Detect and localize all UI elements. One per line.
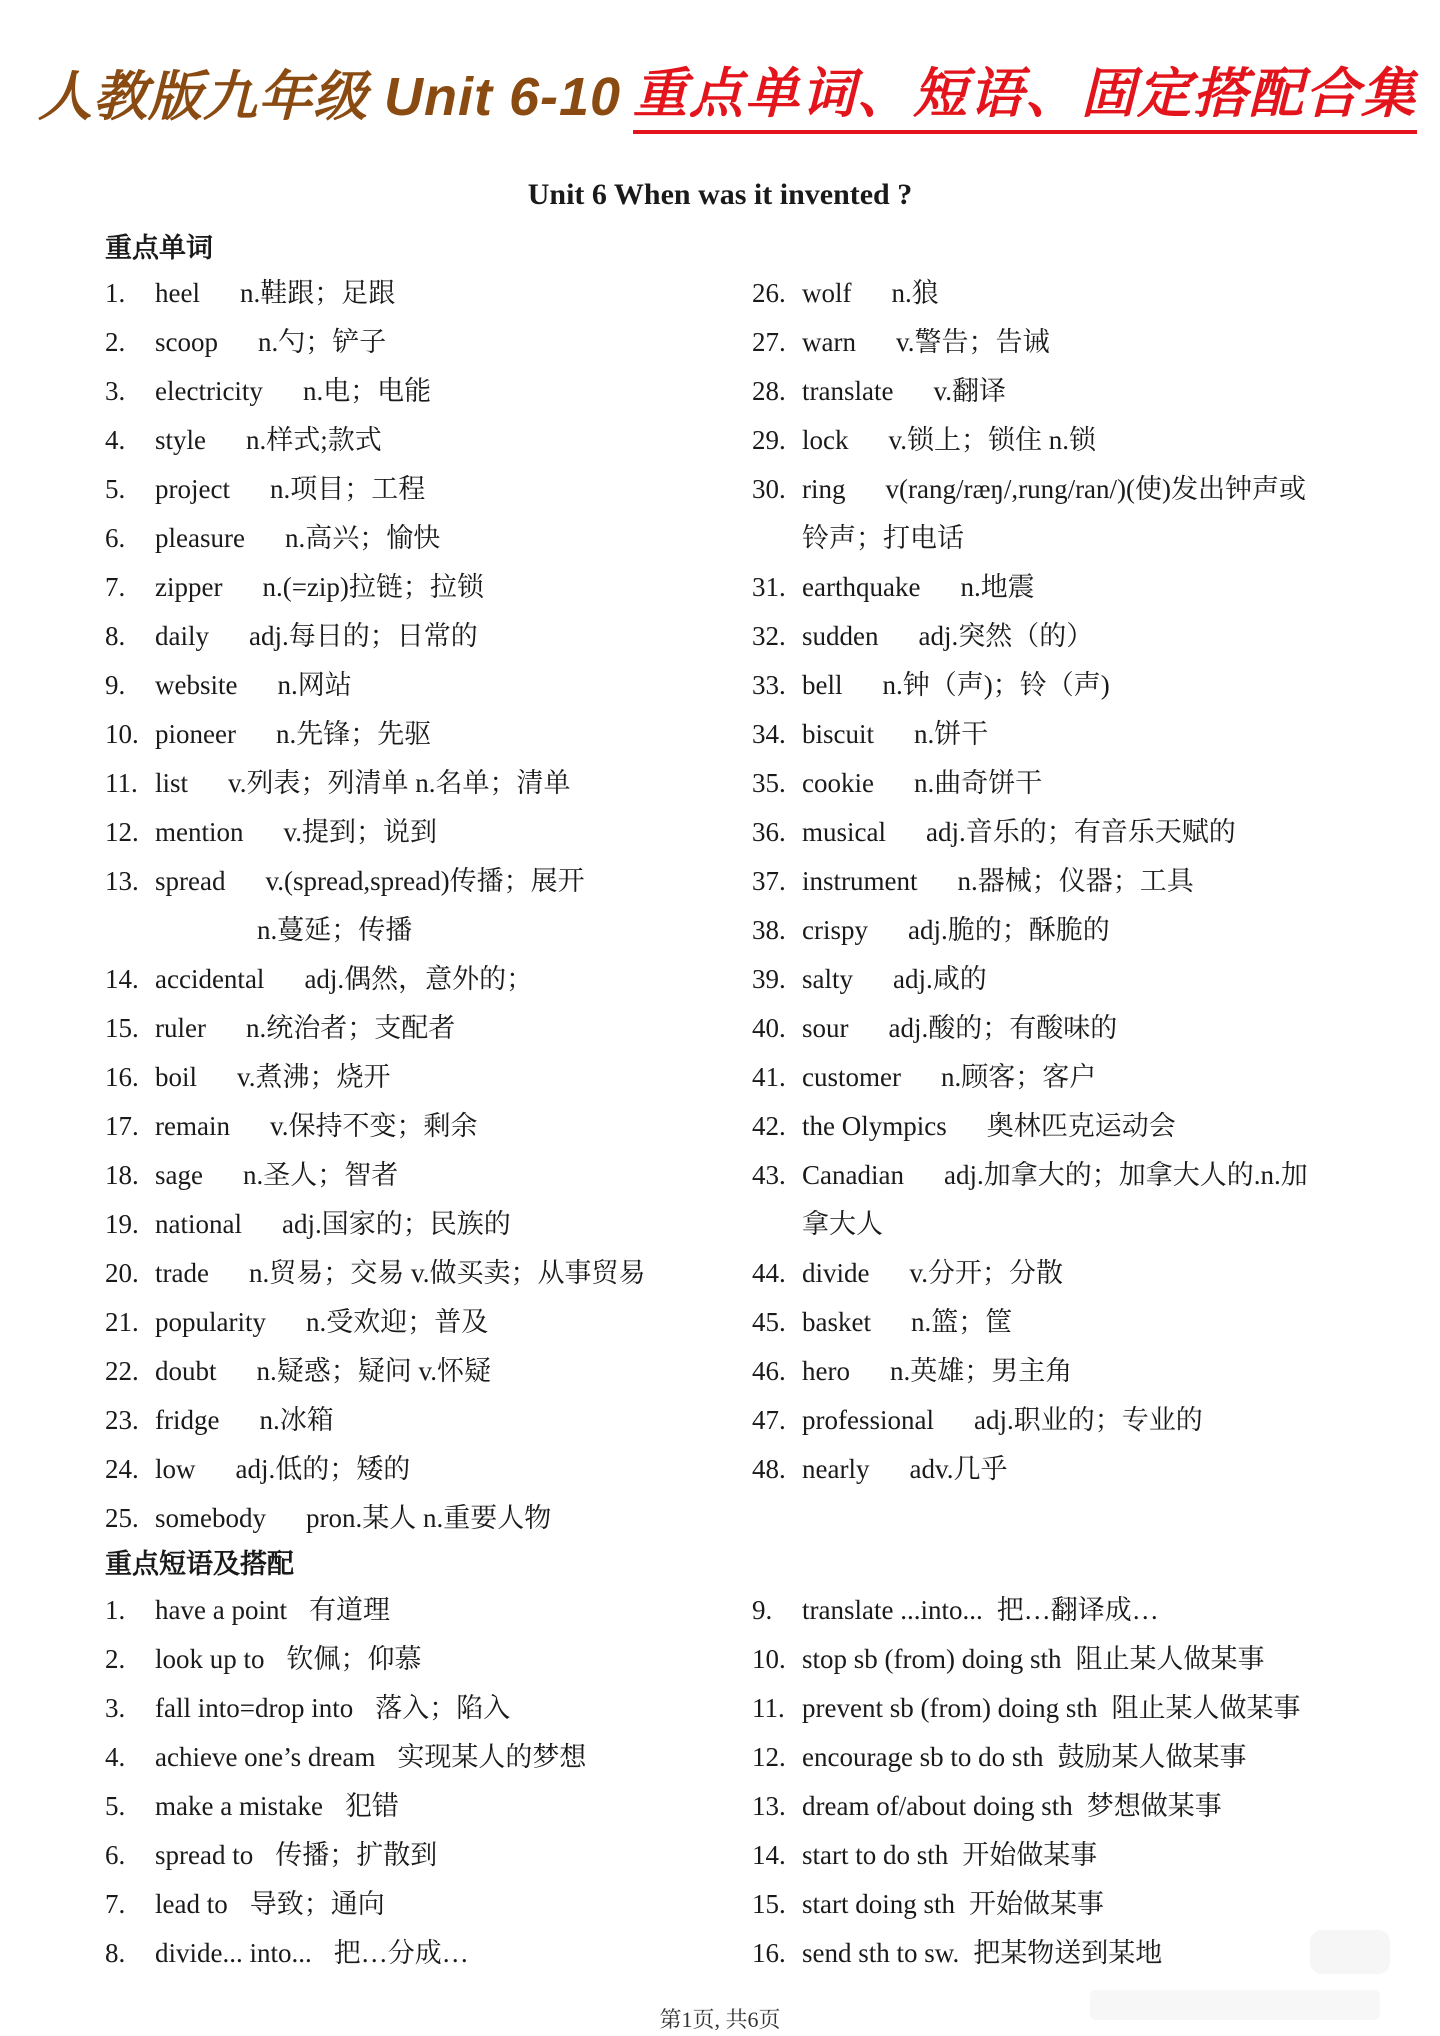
item-meaning: adj.国家的；民族的 [282,1209,511,1239]
item-number: 7. [105,1884,155,1924]
list-item: 26.wolfn.狼 [752,273,939,313]
list-item: 9.websiten.网站 [105,665,352,705]
item-word: lock [802,425,849,455]
list-item: 8.dailyadj.每日的；日常的 [105,616,478,656]
item-number: 18. [105,1155,155,1195]
item-meaning: 把某物送到某地 [973,1938,1162,1968]
item-word: musical [802,817,886,847]
item-number: 48. [752,1449,802,1489]
item-word: divide [802,1258,870,1288]
list-item: 5.make a mistake犯错 [105,1786,399,1826]
item-meaning: n.英雄；男主角 [890,1356,1072,1386]
item-number: 29. [752,420,802,460]
item-word: list [155,768,188,798]
item-word: daily [155,621,209,651]
list-item: 47.professionaladj.职业的；专业的 [752,1400,1203,1440]
item-meaning: adj.脆的；酥脆的 [908,915,1110,945]
item-meaning: 落入；陷入 [375,1693,510,1723]
item-word: electricity [155,376,263,406]
item-number: 26. [752,273,802,313]
words-heading: 重点单词 [105,226,213,265]
list-item: 20.traden.贸易；交易 v.做买卖；从事贸易 [105,1253,645,1293]
item-number: 7. [105,567,155,607]
item-phrase: start doing sth [802,1889,955,1919]
item-phrase: dream of/about doing sth [802,1791,1073,1821]
list-item: 19.nationaladj.国家的；民族的 [105,1204,511,1244]
item-word: mention [155,817,244,847]
list-item: 4.stylen.样式;款式 [105,420,382,460]
item-number: 13. [105,861,155,901]
list-item: 3.electricityn.电；电能 [105,371,431,411]
item-word: basket [802,1307,871,1337]
item-meaning: v(rang/ræŋ/,rung/ran/)(使)发出钟声或 [886,474,1307,504]
item-number: 16. [752,1933,802,1973]
item-number: 15. [752,1884,802,1924]
item-meaning: n.器械；仪器；工具 [958,866,1194,896]
list-item: 2.look up to钦佩；仰慕 [105,1639,422,1679]
item-meaning: 鼓励某人做某事 [1057,1742,1246,1772]
item-number: 32. [752,616,802,656]
item-meaning: n.(=zip)拉链；拉锁 [262,572,483,602]
item-word: website [155,670,237,700]
item-meaning: 把…分成… [334,1938,469,1968]
item-phrase: prevent sb (from) doing sth [802,1693,1097,1723]
item-number: 35. [752,763,802,803]
item-word: earthquake [802,572,920,602]
item-meaning: v.分开；分散 [910,1258,1064,1288]
list-item: 24.lowadj.低的；矮的 [105,1449,410,1489]
item-meaning: n.先锋；先驱 [276,719,431,749]
item-meaning: adj.低的；矮的 [236,1454,411,1484]
list-item: 6.pleasuren.高兴；愉快 [105,518,440,558]
list-item: 30.ringv(rang/ræŋ/,rung/ran/)(使)发出钟声或 [752,469,1306,509]
list-item: 39.saltyadj.咸的 [752,959,987,999]
item-meaning: 梦想做某事 [1087,1791,1222,1821]
item-phrase: send sth to sw. [802,1938,959,1968]
list-item: 13.dream of/about doing sth梦想做某事 [752,1786,1222,1826]
item-number: 36. [752,812,802,852]
item-word: cookie [802,768,874,798]
item-meaning: adj.音乐的；有音乐天赋的 [926,817,1236,847]
item-word: pleasure [155,523,245,553]
item-number: 23. [105,1400,155,1440]
item-number: 6. [105,518,155,558]
item-meaning-continuation: 铃声；打电话 [802,518,964,558]
list-item: 23.fridgen.冰箱 [105,1400,334,1440]
list-item: 15.rulern.统治者；支配者 [105,1008,455,1048]
item-phrase: fall into=drop into [155,1693,353,1723]
item-number: 34. [752,714,802,754]
list-item: 17.remainv.保持不变；剩余 [105,1106,477,1146]
list-item: 28.translatev.翻译 [752,371,1006,411]
item-number: 28. [752,371,802,411]
list-item: 22.doubtn.疑惑；疑问 v.怀疑 [105,1351,491,1391]
item-meaning: pron.某人 n.重要人物 [306,1503,551,1533]
item-word: bell [802,670,843,700]
item-word: national [155,1209,242,1239]
item-word: project [155,474,230,504]
list-item: 35.cookien.曲奇饼干 [752,763,1042,803]
item-meaning: adj.加拿大的；加拿大人的.n.加 [944,1160,1308,1190]
list-item: 7.zippern.(=zip)拉链；拉锁 [105,567,484,607]
item-number: 37. [752,861,802,901]
list-item: 42.the Olympics奥林匹克运动会 [752,1106,1176,1146]
item-meaning: 把…翻译成… [997,1595,1159,1625]
list-item: 12.mentionv.提到；说到 [105,812,437,852]
item-number: 42. [752,1106,802,1146]
item-meaning: n.统治者；支配者 [246,1013,455,1043]
list-item: 15.start doing sth开始做某事 [752,1884,1104,1924]
list-item: 16.send sth to sw.把某物送到某地 [752,1933,1162,1973]
list-item: 10.stop sb (from) doing sth阻止某人做某事 [752,1639,1265,1679]
list-item: 37.instrumentn.器械；仪器；工具 [752,861,1194,901]
item-number: 9. [752,1590,802,1630]
item-word: instrument [802,866,918,896]
banner-subtitle: 重点单词、短语、固定搭配合集 [633,51,1417,134]
item-phrase: encourage sb to do sth [802,1742,1043,1772]
item-number: 11. [105,763,155,803]
item-meaning: 有道理 [309,1595,390,1625]
item-word: professional [802,1405,934,1435]
item-meaning: n.项目；工程 [270,474,425,504]
item-word: warn [802,327,856,357]
item-meaning: n.饼干 [914,719,988,749]
list-item: 27.warnv.警告；告诫 [752,322,1049,362]
item-meaning: 开始做某事 [962,1840,1097,1870]
list-item: 7.lead to导致；通向 [105,1884,385,1924]
item-word: ruler [155,1013,206,1043]
item-word: boil [155,1062,197,1092]
item-meaning: v.警告；告诫 [896,327,1050,357]
item-number: 25. [105,1498,155,1538]
item-number: 5. [105,1786,155,1826]
item-number: 12. [752,1737,802,1777]
item-number: 24. [105,1449,155,1489]
item-meaning: adj.偶然，意外的； [304,964,533,994]
list-item: 11.listv.列表；列清单 n.名单；清单 [105,763,571,803]
item-word: Canadian [802,1160,904,1190]
item-number: 31. [752,567,802,607]
item-word: ring [802,474,846,504]
item-meaning: adv.几乎 [909,1454,1007,1484]
list-item: 5.projectn.项目；工程 [105,469,425,509]
item-word: translate [802,376,893,406]
item-number: 2. [105,1639,155,1679]
list-item: 1.heeln.鞋跟；足跟 [105,273,395,313]
item-meaning: 导致；通向 [250,1889,385,1919]
item-word: zipper [155,572,222,602]
item-number: 14. [105,959,155,999]
item-meaning: n.篮；筐 [911,1307,1012,1337]
item-meaning: v.翻译 [933,376,1006,406]
item-number: 9. [105,665,155,705]
item-meaning: v.保持不变；剩余 [270,1111,478,1141]
item-number: 5. [105,469,155,509]
list-item: 29.lockv.锁上；锁住 n.锁 [752,420,1096,460]
item-meaning-continuation: n.蔓延；传播 [257,910,412,950]
item-meaning: v.煮沸；烧开 [237,1062,391,1092]
unit-title: Unit 6 When was it invented ? [0,178,1440,212]
item-phrase: achieve one’s dream [155,1742,375,1772]
list-item: 46.heron.英雄；男主角 [752,1351,1072,1391]
item-phrase: look up to [155,1644,265,1674]
item-word: somebody [155,1503,266,1533]
item-word: doubt [155,1356,217,1386]
item-meaning: 阻止某人做某事 [1111,1693,1300,1723]
item-meaning: adj.职业的；专业的 [974,1405,1203,1435]
item-word: the Olympics [802,1111,947,1141]
list-item: 1.have a point有道理 [105,1590,390,1630]
item-meaning: n.勺；铲子 [258,327,386,357]
item-meaning: n.贸易；交易 v.做买卖；从事贸易 [249,1258,646,1288]
item-meaning: n.狼 [892,278,939,308]
item-word: fridge [155,1405,219,1435]
item-phrase: divide... into... [155,1938,312,1968]
item-number: 13. [752,1786,802,1826]
item-number: 39. [752,959,802,999]
list-item: 16.boilv.煮沸；烧开 [105,1057,391,1097]
list-item: 33.belln.钟（声)；铃（声) [752,665,1110,705]
item-number: 16. [105,1057,155,1097]
item-meaning: v.锁上；锁住 n.锁 [889,425,1097,455]
item-meaning: n.钟（声)；铃（声) [883,670,1110,700]
list-item: 40.souradj.酸的；有酸味的 [752,1008,1117,1048]
item-meaning: 开始做某事 [969,1889,1104,1919]
item-number: 10. [752,1639,802,1679]
item-phrase: start to do sth [802,1840,948,1870]
item-number: 4. [105,420,155,460]
item-number: 4. [105,1737,155,1777]
item-meaning: 犯错 [345,1791,399,1821]
item-word: heel [155,278,200,308]
item-number: 44. [752,1253,802,1293]
list-item: 13.spreadv.(spread,spread)传播；展开 [105,861,585,901]
item-word: scoop [155,327,218,357]
item-meaning: n.圣人；智者 [243,1160,398,1190]
item-number: 47. [752,1400,802,1440]
item-number: 19. [105,1204,155,1244]
item-meaning: 传播；扩散到 [275,1840,437,1870]
list-item: 34.biscuitn.饼干 [752,714,988,754]
list-item: 32.suddenadj.突然（的） [752,616,1093,656]
list-item: 3.fall into=drop into落入；陷入 [105,1688,510,1728]
item-number: 22. [105,1351,155,1391]
item-number: 46. [752,1351,802,1391]
item-word: hero [802,1356,850,1386]
item-number: 38. [752,910,802,950]
item-meaning: n.曲奇饼干 [914,768,1042,798]
item-meaning-continuation: 拿大人 [802,1204,883,1244]
item-word: pioneer [155,719,236,749]
item-word: customer [802,1062,901,1092]
item-meaning: n.疑惑；疑问 v.怀疑 [257,1356,492,1386]
list-item: 6.spread to传播；扩散到 [105,1835,437,1875]
item-word: popularity [155,1307,266,1337]
item-meaning: v.(spread,spread)传播；展开 [265,866,584,896]
item-meaning: n.地震 [960,572,1034,602]
item-word: salty [802,964,853,994]
list-item: 41.customern.顾客；客户 [752,1057,1096,1097]
item-word: nearly [802,1454,869,1484]
item-meaning: n.鞋跟；足跟 [240,278,395,308]
item-meaning: n.高兴；愉快 [285,523,440,553]
item-number: 12. [105,812,155,852]
item-number: 15. [105,1008,155,1048]
item-number: 33. [752,665,802,705]
list-item: 2.scoopn.勺；铲子 [105,322,386,362]
list-item: 31.earthquaken.地震 [752,567,1035,607]
item-word: style [155,425,206,455]
item-meaning: adj.突然（的） [919,621,1094,651]
item-meaning: 实现某人的梦想 [397,1742,586,1772]
list-item: 45.basketn.篮；筐 [752,1302,1012,1342]
item-meaning: v.提到；说到 [284,817,438,847]
list-item: 11.prevent sb (from) doing sth阻止某人做某事 [752,1688,1300,1728]
item-phrase: make a mistake [155,1791,323,1821]
item-number: 6. [105,1835,155,1875]
page-number: 第1页, 共6页 [0,2003,1440,2034]
item-meaning: 奥林匹克运动会 [987,1111,1176,1141]
item-number: 40. [752,1008,802,1048]
list-item: 36.musicaladj.音乐的；有音乐天赋的 [752,812,1236,852]
item-phrase: have a point [155,1595,287,1625]
item-word: wolf [802,278,852,308]
list-item: 8.divide... into...把…分成… [105,1933,469,1973]
item-meaning: adj.每日的；日常的 [249,621,478,651]
item-number: 3. [105,1688,155,1728]
item-phrase: lead to [155,1889,228,1919]
list-item: 18.sagen.圣人；智者 [105,1155,398,1195]
item-meaning: n.冰箱 [259,1405,333,1435]
list-item: 12.encourage sb to do sth鼓励某人做某事 [752,1737,1246,1777]
item-number: 3. [105,371,155,411]
item-meaning: n.受欢迎；普及 [306,1307,488,1337]
item-number: 30. [752,469,802,509]
item-meaning: v.列表；列清单 n.名单；清单 [228,768,571,798]
item-phrase: translate ...into... [802,1595,983,1625]
item-word: biscuit [802,719,874,749]
list-item: 10.pioneern.先锋；先驱 [105,714,431,754]
item-word: crispy [802,915,868,945]
document-banner: 人教版九年级 Unit 6-10 重点单词、短语、固定搭配合集 [38,52,1417,132]
item-word: spread [155,866,225,896]
item-phrase: stop sb (from) doing sth [802,1644,1062,1674]
item-number: 8. [105,1933,155,1973]
item-phrase: spread to [155,1840,253,1870]
list-item: 9.translate ...into...把…翻译成… [752,1590,1159,1630]
item-word: trade [155,1258,209,1288]
banner-title: 人教版九年级 Unit 6-10 [38,54,621,131]
item-number: 20. [105,1253,155,1293]
item-number: 14. [752,1835,802,1875]
item-word: sage [155,1160,203,1190]
item-number: 43. [752,1155,802,1195]
item-word: sudden [802,621,879,651]
item-meaning: n.电；电能 [303,376,431,406]
item-meaning: 钦佩；仰慕 [287,1644,422,1674]
item-number: 11. [752,1688,802,1728]
list-item: 44.dividev.分开；分散 [752,1253,1063,1293]
item-word: accidental [155,964,264,994]
item-number: 17. [105,1106,155,1146]
item-word: remain [155,1111,230,1141]
item-meaning: n.网站 [277,670,351,700]
item-meaning: n.顾客；客户 [941,1062,1096,1092]
item-meaning: 阻止某人做某事 [1076,1644,1265,1674]
list-item: 14.accidentaladj.偶然，意外的； [105,959,533,999]
item-meaning: adj.酸的；有酸味的 [889,1013,1118,1043]
item-number: 2. [105,322,155,362]
item-number: 1. [105,1590,155,1630]
item-number: 10. [105,714,155,754]
item-meaning: n.样式;款式 [246,425,382,455]
phrases-heading: 重点短语及搭配 [105,1542,294,1581]
item-word: low [155,1454,196,1484]
item-number: 1. [105,273,155,313]
item-number: 27. [752,322,802,362]
item-number: 45. [752,1302,802,1342]
list-item: 43.Canadianadj.加拿大的；加拿大人的.n.加 [752,1155,1308,1195]
item-meaning: adj.咸的 [893,964,987,994]
list-item: 4.achieve one’s dream实现某人的梦想 [105,1737,586,1777]
list-item: 25.somebodypron.某人 n.重要人物 [105,1498,551,1538]
item-word: sour [802,1013,849,1043]
list-item: 14.start to do sth开始做某事 [752,1835,1097,1875]
list-item: 48.nearlyadv.几乎 [752,1449,1007,1489]
item-number: 21. [105,1302,155,1342]
watermark-logo [1310,1930,1390,1974]
list-item: 38.crispyadj.脆的；酥脆的 [752,910,1110,950]
item-number: 41. [752,1057,802,1097]
list-item: 21.popularityn.受欢迎；普及 [105,1302,488,1342]
item-number: 8. [105,616,155,656]
